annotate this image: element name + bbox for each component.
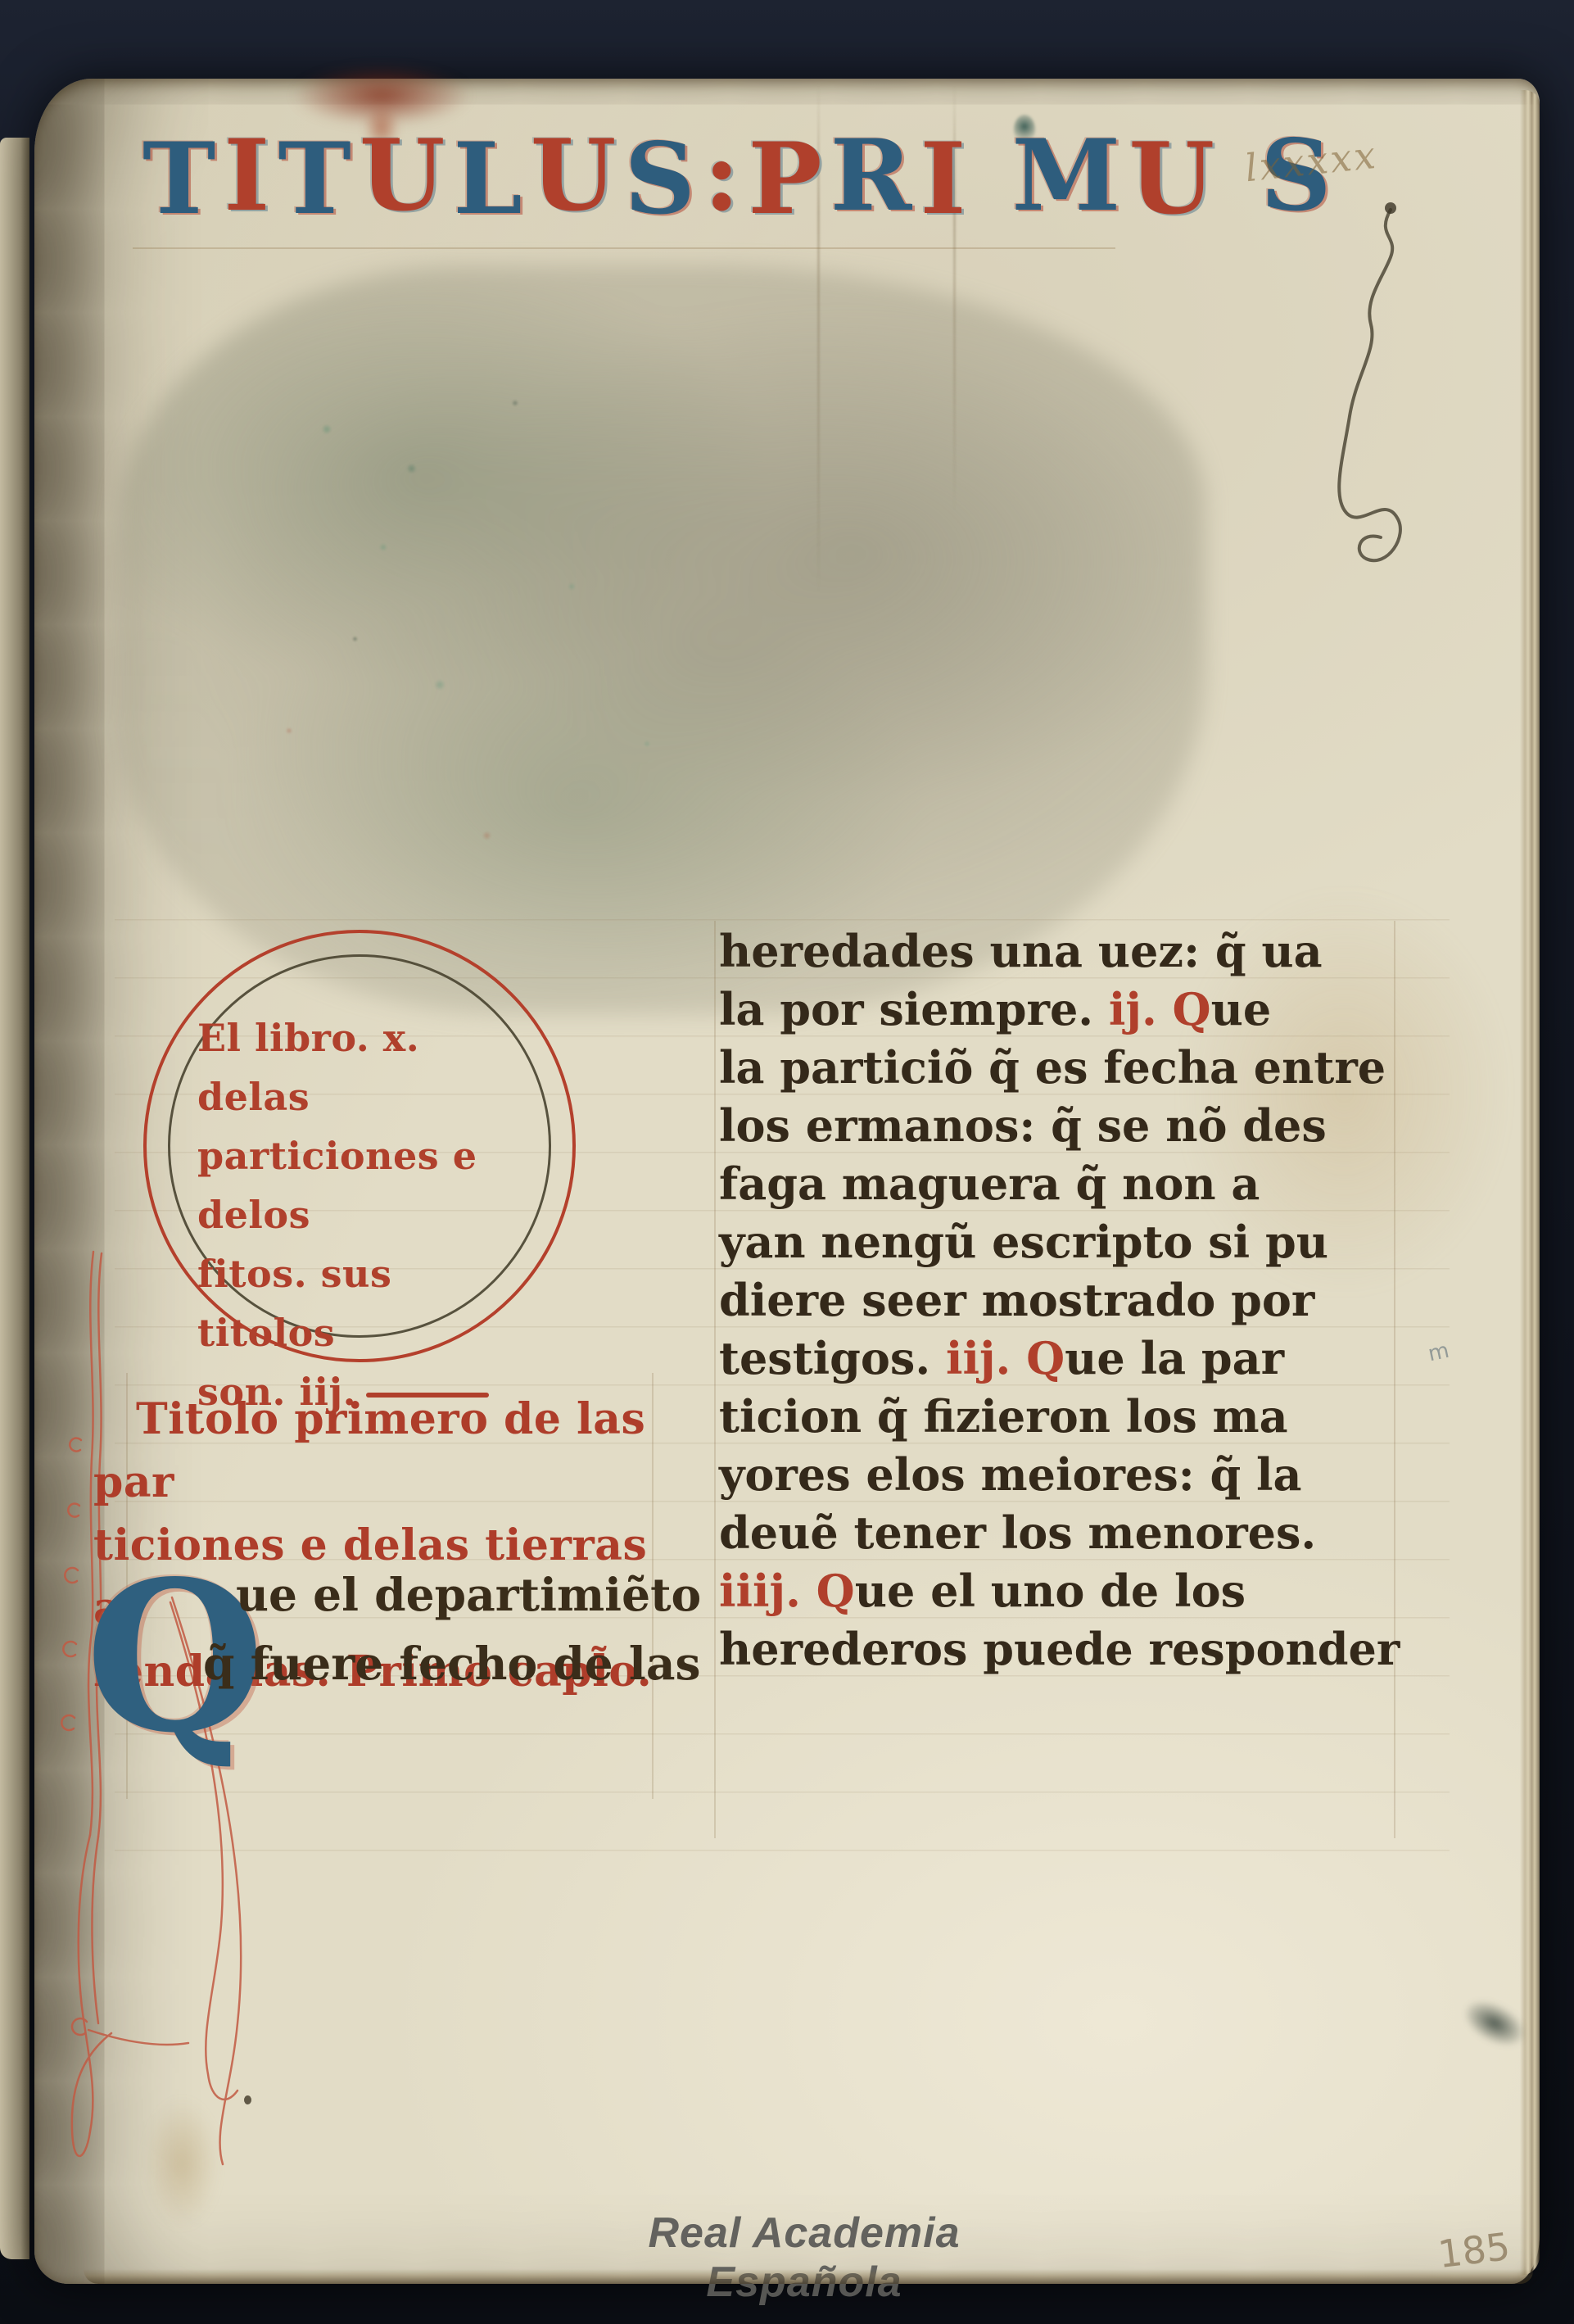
- title-letter: U: [360, 115, 446, 238]
- text-segment: heredades una uez: q̃ ua: [719, 925, 1323, 977]
- text-segment: ue la par: [1065, 1332, 1284, 1384]
- title-letter: T: [142, 118, 215, 241]
- underlying-page-edge: [0, 138, 29, 2259]
- text-segment: yan nengũ escripto si pu: [719, 1216, 1328, 1268]
- rubricated-segment: ij. Q: [1109, 983, 1211, 1035]
- title-letter: U: [1128, 118, 1214, 241]
- page-title: TITULUS:PRIMUS: [142, 115, 1332, 238]
- library-watermark: Real Academia Española: [559, 2208, 1050, 2307]
- text-segment: faga maguera q̃ non a: [719, 1157, 1260, 1210]
- text-segment: testigos.: [719, 1332, 946, 1384]
- text-segment: ticion q̃ fizieron los ma: [719, 1390, 1288, 1443]
- manuscript-photo: TITULUS:PRIMUS lxxxxx El libro. x. delas…: [0, 0, 1574, 2324]
- title-letter: L: [453, 118, 522, 241]
- text-line: los ermanos: q̃ se nõ des: [719, 1097, 1440, 1155]
- text-segment: la por siempre.: [719, 983, 1109, 1035]
- title-letter: I: [920, 118, 966, 241]
- title-letter: S: [624, 118, 695, 241]
- title-letter: T: [278, 118, 351, 241]
- dark-smudge: [1458, 1992, 1531, 2054]
- roundel-line: El libro. x. delas: [197, 1008, 533, 1126]
- pen-flourish-mark: [1317, 200, 1481, 585]
- text-segment: ue: [1211, 983, 1272, 1035]
- title-baseline-rule: [133, 247, 1115, 249]
- title-letter: M: [1012, 115, 1121, 238]
- title-letter: :: [703, 115, 740, 238]
- text-line: faga maguera q̃ non a: [719, 1155, 1440, 1213]
- text-line: yores elos meiores: q̃ la: [719, 1446, 1440, 1504]
- pencil-page-number: 185: [1436, 2224, 1513, 2276]
- text-line: iiij. Que el uno de los: [719, 1562, 1440, 1620]
- text-segment: ue el uno de los: [855, 1565, 1246, 1617]
- column-guide-line: [714, 921, 716, 1838]
- text-line: ticion q̃ fizieron los ma: [719, 1388, 1440, 1446]
- text-segment: herederos puede responder: [719, 1623, 1400, 1675]
- text-line: la particiõ q̃ es fecha entre: [719, 1039, 1440, 1097]
- rubricated-segment: iij. Q: [946, 1332, 1065, 1384]
- text-segment: diere seer mostrado por: [719, 1274, 1314, 1326]
- text-line: heredades una uez: q̃ ua: [719, 922, 1440, 981]
- text-segment: yores elos meiores: q̃ la: [719, 1448, 1302, 1501]
- stain-speckles: [157, 324, 1099, 980]
- text-segment: la particiõ q̃ es fecha entre: [719, 1041, 1386, 1094]
- text-segment: deuẽ tener los menores.: [719, 1506, 1316, 1559]
- title-letter: R: [830, 115, 912, 238]
- right-column-text: heredades una uez: q̃ uala por siempre. …: [719, 922, 1440, 1678]
- rubric-line: Titolo primero de las par: [93, 1388, 667, 1514]
- text-segment: los ermanos: q̃ se nõ des: [719, 1099, 1327, 1152]
- text-line: diere seer mostrado por: [719, 1271, 1440, 1330]
- text-line: herederos puede responder: [719, 1620, 1440, 1678]
- text-line: yan nengũ escripto si pu: [719, 1213, 1440, 1271]
- text-line: q̃ fuere fecho de las: [203, 1637, 700, 1690]
- roundel-line: particiones e delos: [197, 1126, 533, 1244]
- rubricated-segment: iiij. Q: [719, 1565, 855, 1617]
- title-letter: I: [224, 115, 269, 238]
- title-letter: P: [748, 118, 821, 241]
- text-line: deuẽ tener los menores.: [719, 1504, 1440, 1562]
- text-line: testigos. iij. Que la par: [719, 1330, 1440, 1388]
- text-line: ue el departimiẽto: [236, 1568, 701, 1621]
- text-line: la por siempre. ij. Que: [719, 981, 1440, 1039]
- parchment-page: TITULUS:PRIMUS lxxxxx El libro. x. delas…: [34, 79, 1540, 2284]
- title-letter: U: [531, 115, 617, 238]
